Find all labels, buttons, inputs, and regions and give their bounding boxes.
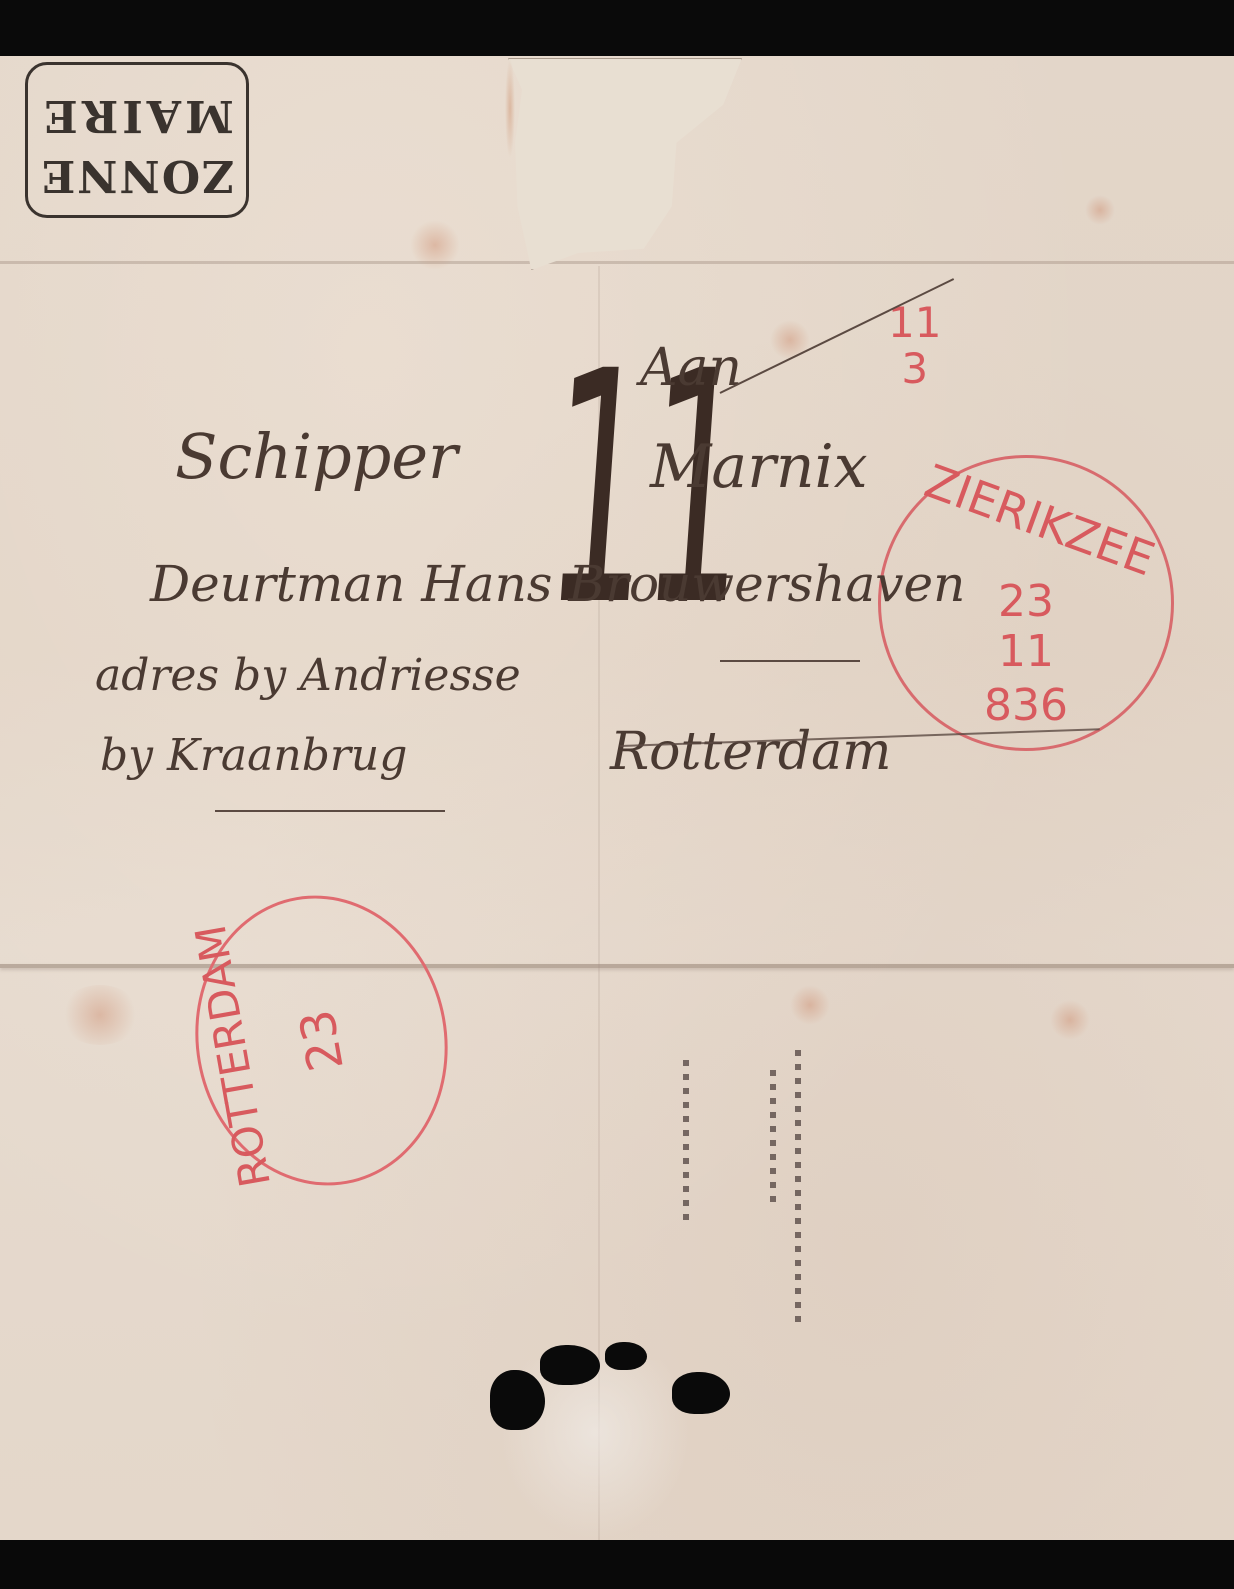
fold-line-upper — [0, 261, 1234, 264]
ink-trace — [795, 1050, 801, 1330]
foxing-stain — [60, 985, 140, 1045]
address-line-3: adres by Andriesse — [95, 650, 521, 701]
pen-underline — [720, 660, 860, 662]
letter-paper — [0, 56, 1234, 1542]
rate-marking: 11 3 — [888, 300, 941, 392]
address-line-2: Deurtman Hans Brouwershaven — [150, 555, 965, 613]
rust-stain — [505, 58, 515, 158]
handstamp-line1: ZONNE — [28, 145, 246, 205]
address-city: Rotterdam — [610, 722, 891, 782]
postmark-year: 836 — [881, 680, 1171, 731]
zonnemaire-boxed-handstamp: ZONNE MAIRE — [25, 62, 249, 218]
black-wax-seal-fragment — [605, 1342, 647, 1370]
address-line-4: by Kraanbrug — [100, 730, 407, 781]
black-wax-seal-fragment — [672, 1372, 730, 1414]
black-border-bottom — [0, 1540, 1234, 1589]
foxing-stain — [770, 320, 810, 360]
ink-trace — [770, 1070, 776, 1210]
black-border-top — [0, 0, 1234, 58]
black-wax-seal-fragment — [540, 1345, 600, 1385]
postmark-day: 23 — [270, 895, 375, 1185]
handstamp-line2: MAIRE — [28, 85, 246, 145]
rate-bottom: 3 — [888, 346, 941, 392]
foxing-stain — [410, 220, 460, 270]
address-name: Marnix — [650, 432, 868, 502]
foxing-stain — [1085, 195, 1115, 225]
black-wax-seal-fragment — [490, 1370, 545, 1430]
foxing-stain — [790, 985, 830, 1025]
ink-trace — [683, 1060, 689, 1220]
address-title: Schipper — [175, 420, 458, 493]
foxing-stain — [1050, 1000, 1090, 1040]
postmark-month: 11 — [881, 626, 1171, 677]
fold-line-lower — [0, 964, 1234, 968]
pen-underline — [215, 810, 445, 812]
